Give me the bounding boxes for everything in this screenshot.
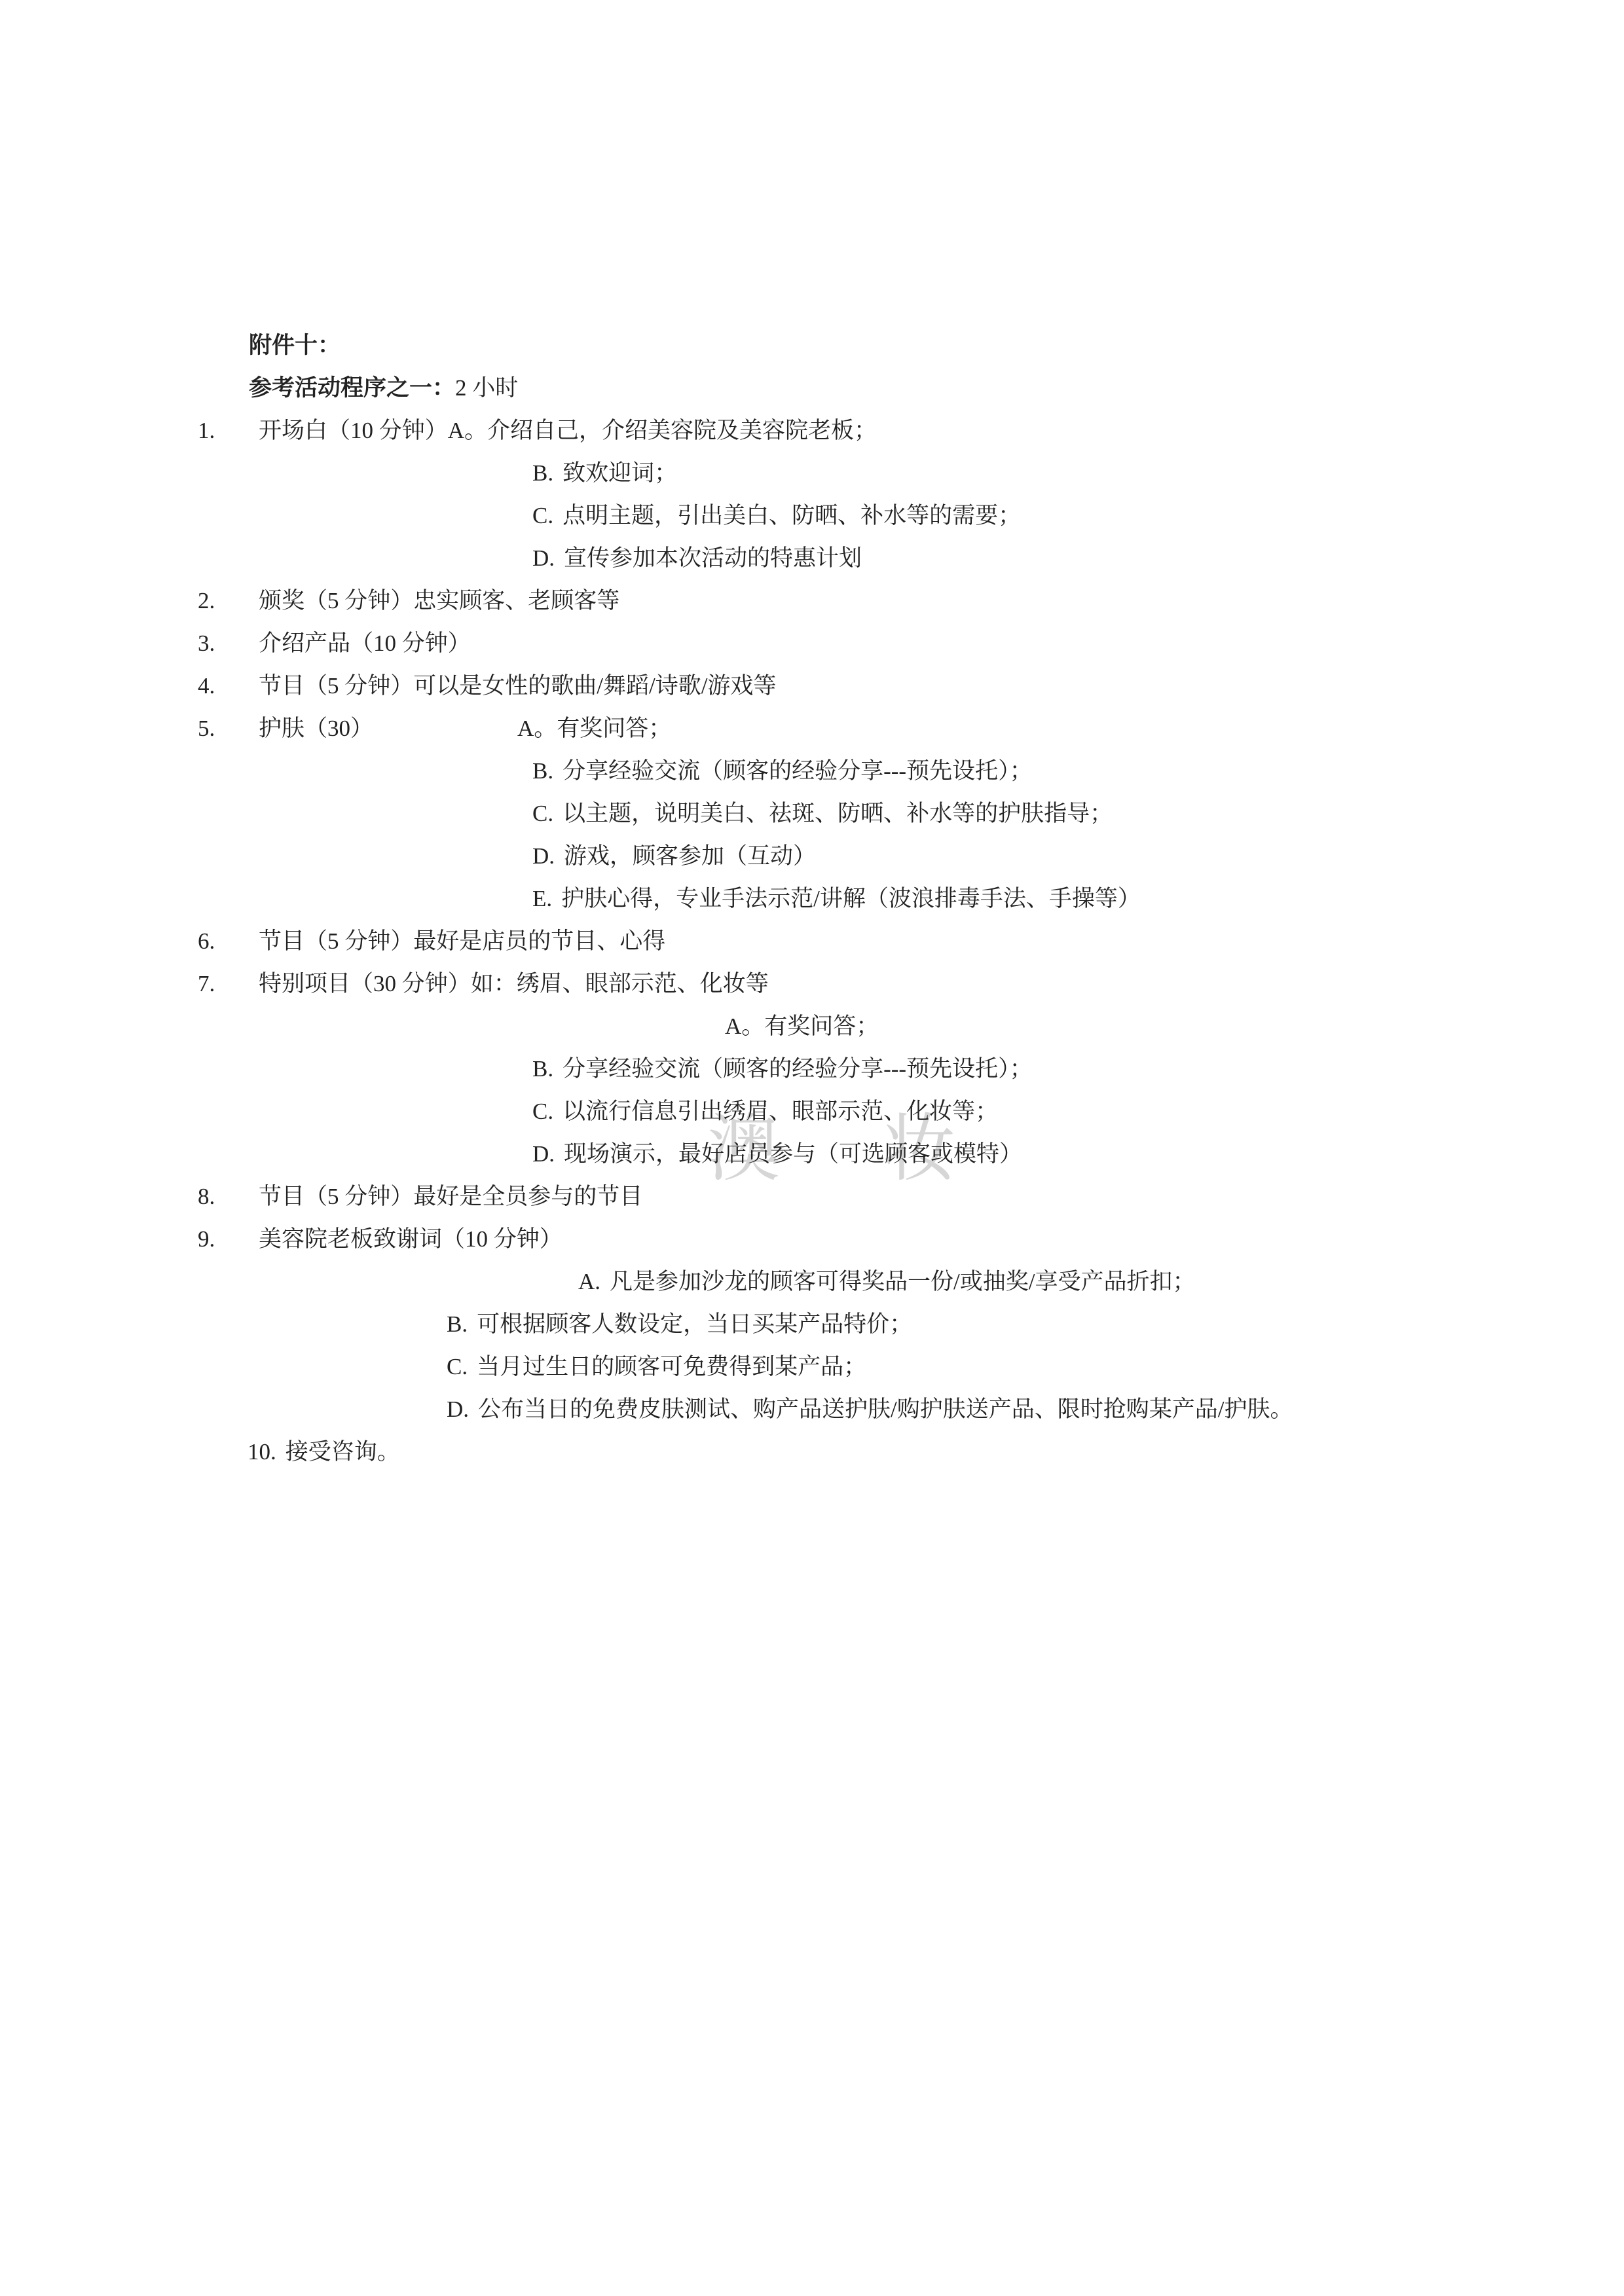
sub-item: B.致欢迎词；: [532, 460, 677, 486]
list-item-text: 开场白（10 分钟）A。介绍自己，介绍美容院及美容院老板；: [259, 418, 877, 444]
title-duration: 2 小时: [455, 375, 518, 401]
sub-item: B.分享经验交流（顾客的经验分享---预先设托）；: [532, 758, 1033, 784]
item-number: 7.: [198, 971, 215, 997]
sub-item-label: C.: [532, 1099, 553, 1124]
item-number: 6.: [198, 928, 215, 955]
list-item-text: 节目（5 分钟）可以是女性的歌曲/舞蹈/诗歌/游戏等: [259, 673, 776, 699]
sub-item-label: C.: [532, 503, 553, 528]
sub-item-text: 凡是参加沙龙的顾客可得奖品一份/或抽奖/享受产品折扣；: [610, 1269, 1195, 1294]
sub-item-label: C.: [447, 1354, 468, 1379]
item-number: 2.: [198, 588, 215, 614]
sub-item: A。有奖问答；: [725, 1013, 879, 1040]
sub-item-label: D.: [532, 545, 555, 571]
sub-item-label: D.: [447, 1396, 469, 1422]
sub-item-text: 现场演示，最好店员参与（可选顾客或模特）: [564, 1141, 1022, 1167]
sub-item-label: A.: [578, 1269, 600, 1294]
sub-item-label: B.: [447, 1311, 468, 1337]
item-number: 9.: [198, 1226, 215, 1252]
item-number: 4.: [198, 673, 215, 699]
sub-item: E.护肤心得，专业手法示范/讲解（波浪排毒手法、手操等）: [532, 886, 1141, 912]
sub-item: A.凡是参加沙龙的顾客可得奖品一份/或抽奖/享受产品折扣；: [578, 1269, 1195, 1295]
sub-item-text: 公布当日的免费皮肤测试、购产品送护肤/购护肤送产品、限时抢购某产品/护肤。: [478, 1396, 1293, 1422]
sub-item: C.以主题，说明美白、祛斑、防晒、补水等的护肤指导；: [532, 801, 1113, 827]
sub-item-text: 游戏，顾客参加（互动）: [564, 843, 816, 869]
sub-item: B.可根据顾客人数设定，当日买某产品特价；: [447, 1311, 912, 1338]
sub-item-label: D.: [532, 843, 555, 869]
list-item-text: 接受咨询。: [286, 1439, 400, 1465]
sub-item: C.点明主题，引出美白、防晒、补水等的需要；: [532, 503, 1021, 529]
attachment-label: 附件十：: [249, 333, 341, 359]
sub-item-text: 可根据顾客人数设定，当日买某产品特价；: [477, 1311, 912, 1337]
sub-item-text: 点明主题，引出美白、防晒、补水等的需要；: [563, 503, 1021, 528]
list-item-text: 护肤（30）: [259, 716, 373, 742]
sub-item-text: 以主题，说明美白、祛斑、防晒、补水等的护肤指导；: [563, 801, 1113, 826]
item-number: 3.: [198, 630, 215, 657]
sub-item-label: D.: [532, 1141, 555, 1167]
sub-item-text: 分享经验交流（顾客的经验分享---预先设托）；: [563, 758, 1032, 784]
list-item-text: 节目（5 分钟）最好是全员参与的节目: [259, 1184, 642, 1210]
list-item-text: 颁奖（5 分钟）忠实顾客、老顾客等: [259, 588, 619, 614]
list-item-text: 美容院老板致谢词（10 分钟）: [259, 1226, 563, 1252]
sub-item-text: 以流行信息引出绣眉、眼部示范、化妆等；: [563, 1099, 998, 1124]
list-item-text: 介绍产品（10 分钟）: [259, 630, 471, 657]
document-page: 澳 妆 附件十： 参考活动程序之一：2 小时 1. 开场白（10 分钟）A。介绍…: [0, 0, 1624, 2296]
sub-item: D.现场演示，最好店员参与（可选顾客或模特）: [532, 1141, 1022, 1167]
item-number: 5.: [198, 716, 215, 742]
list-item-text: 特别项目（30 分钟）如：绣眉、眼部示范、化妆等: [259, 971, 769, 997]
sub-item-label: B.: [532, 1056, 553, 1082]
sub-item: D.公布当日的免费皮肤测试、购产品送护肤/购护肤送产品、限时抢购某产品/护肤。: [447, 1396, 1293, 1423]
list-item: 10.接受咨询。: [248, 1439, 400, 1465]
title-text: 参考活动程序之一：: [249, 375, 455, 401]
sub-item-text: 护肤心得，专业手法示范/讲解（波浪排毒手法、手操等）: [561, 886, 1141, 911]
list-item-text: 节目（5 分钟）最好是店员的节目、心得: [259, 928, 665, 955]
page-title: 参考活动程序之一：2 小时: [249, 375, 518, 401]
item-number: 8.: [198, 1184, 215, 1210]
item-number: 10.: [248, 1439, 276, 1465]
sub-item: D.宣传参加本次活动的特惠计划: [532, 545, 862, 572]
item-number: 1.: [198, 418, 215, 444]
sub-item: D.游戏，顾客参加（互动）: [532, 843, 816, 869]
sub-item-text: 宣传参加本次活动的特惠计划: [564, 545, 862, 571]
sub-item-text: 分享经验交流（顾客的经验分享---预先设托）；: [563, 1056, 1032, 1082]
sub-item: A。有奖问答；: [517, 716, 671, 742]
sub-item-text: 有奖问答；: [557, 716, 671, 741]
sub-item-text: 致欢迎词；: [563, 460, 677, 486]
sub-item-label: E.: [532, 886, 552, 911]
sub-item-label: A。: [517, 716, 557, 741]
sub-item: C.以流行信息引出绣眉、眼部示范、化妆等；: [532, 1099, 998, 1125]
sub-item-label: A。: [725, 1013, 764, 1039]
sub-item-label: C.: [532, 801, 553, 826]
sub-item-text: 有奖问答；: [764, 1013, 879, 1039]
sub-item-label: B.: [532, 460, 553, 486]
sub-item-label: B.: [532, 758, 553, 784]
sub-item: B.分享经验交流（顾客的经验分享---预先设托）；: [532, 1056, 1033, 1082]
sub-item-text: 当月过生日的顾客可免费得到某产品；: [477, 1354, 866, 1379]
sub-item: C.当月过生日的顾客可免费得到某产品；: [447, 1354, 866, 1380]
